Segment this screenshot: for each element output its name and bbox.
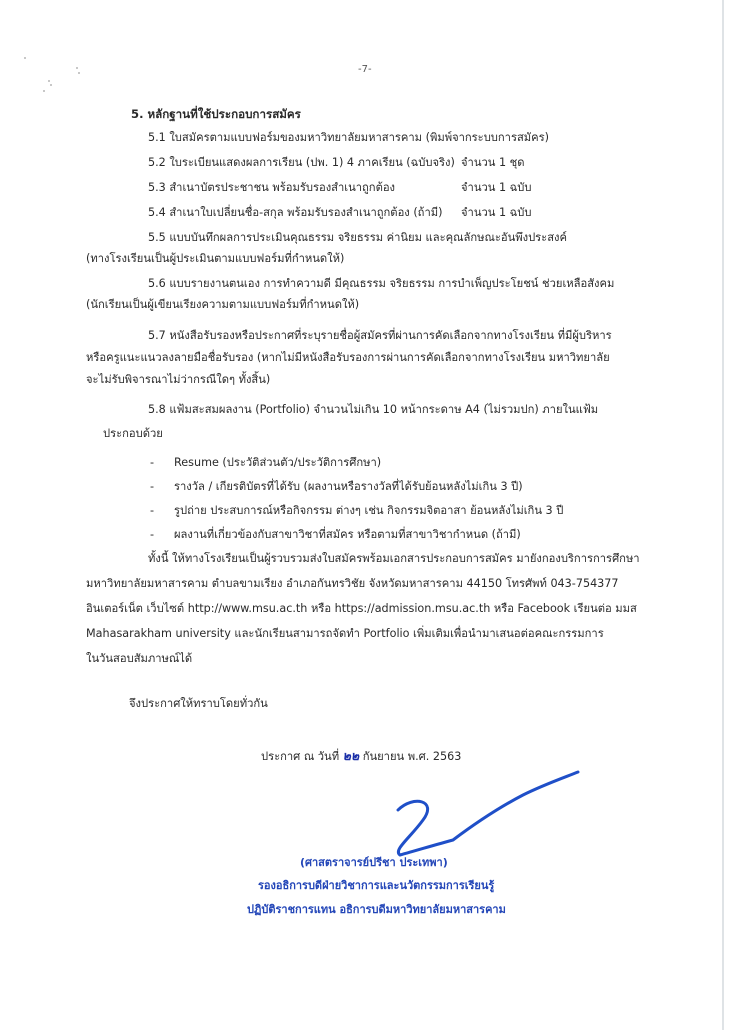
item-5-8-cont: ประกอบด้วย — [103, 427, 163, 441]
item-5-6-cont: (นักเรียนเป็นผู้เขียนเรียงความตามแบบฟอร์… — [86, 298, 359, 312]
portfolio-bullet-works: ผลงานที่เกี่ยวข้องกับสาขาวิชาที่สมัคร หร… — [174, 528, 521, 542]
item-5-2-qty: จำนวน 1 ชุด — [461, 156, 525, 170]
submission-line-3: อินเตอร์เน็ต เว็บไซต์ http://www.msu.ac.… — [86, 602, 637, 616]
item-5-4-qty: จำนวน 1 ฉบับ — [461, 206, 531, 220]
bullet-mark: - — [150, 456, 154, 470]
section-heading: 5. หลักฐานที่ใช้ประกอบการสมัคร — [131, 107, 301, 121]
submission-line-5: ในวันสอบสัมภาษณ์ได้ — [86, 652, 192, 666]
closing-statement: จึงประกาศให้ทราบโดยทั่วกัน — [129, 697, 268, 711]
submission-line-2: มหาวิทยาลัยมหาสารคาม ตำบลขามเรียง อำเภอก… — [86, 577, 619, 591]
announce-date-month-year: กันยายน พ.ศ. 2563 — [363, 750, 462, 763]
submission-line-4: Mahasarakham university และนักเรียนสามาร… — [86, 627, 604, 641]
item-5-5-cont: (ทางโรงเรียนเป็นผู้ประเมินตามแบบฟอร์มที่… — [86, 252, 344, 266]
page-number: -7- — [358, 63, 372, 77]
signature-icon — [338, 770, 588, 870]
signer-title-1: รองอธิการบดีฝ่ายวิชาการและนวัตกรรมการเรี… — [258, 879, 494, 893]
item-5-7: 5.7 หนังสือรับรองหรือประกาศที่ระบุรายชื่… — [148, 329, 612, 343]
item-5-3: 5.3 สำเนาบัตรประชาชน พร้อมรับรองสำเนาถูก… — [148, 181, 395, 195]
item-5-4: 5.4 สำเนาใบเปลี่ยนชื่อ-สกุล พร้อมรับรองส… — [148, 206, 442, 220]
portfolio-bullet-photos: รูปถ่าย ประสบการณ์หรือกิจกรรม ต่างๆ เช่น… — [174, 504, 563, 518]
item-5-8: 5.8 แฟ้มสะสมผลงาน (Portfolio) จำนวนไม่เก… — [148, 403, 598, 417]
item-5-7-cont1: หรือครูแนะแนวลงลายมือชื่อรับรอง (หากไม่ม… — [86, 351, 610, 365]
item-5-7-cont2: จะไม่รับพิจารณาไม่ว่ากรณีใดๆ ทั้งสิ้น) — [86, 373, 270, 387]
item-5-5: 5.5 แบบบันทึกผลการประเมินคุณธรรม จริยธรร… — [148, 231, 567, 245]
portfolio-bullet-resume: Resume (ประวัติส่วนตัว/ประวัติการศึกษา) — [174, 456, 381, 470]
bullet-mark: - — [150, 480, 154, 494]
announce-date-prefix: ประกาศ ณ วันที่ — [261, 750, 339, 763]
item-5-3-qty: จำนวน 1 ฉบับ — [461, 181, 531, 195]
scan-edge-line — [722, 0, 724, 1030]
item-5-1: 5.1 ใบสมัครตามแบบฟอร์มของมหาวิทยาลัยมหาส… — [148, 131, 549, 145]
handwritten-day: ๒๒ — [343, 748, 359, 763]
document-page: -7- 5. หลักฐานที่ใช้ประกอบการสมัคร 5.1 ใ… — [0, 0, 729, 1030]
bullet-mark: - — [150, 504, 154, 518]
signer-title-2: ปฏิบัติราชการแทน อธิการบดีมหาวิทยาลัยมหา… — [247, 903, 506, 917]
submission-line-1: ทั้งนี้ ให้ทางโรงเรียนเป็นผู้รวบรวมส่งใบ… — [148, 552, 640, 566]
bullet-mark: - — [150, 528, 154, 542]
item-5-6: 5.6 แบบรายงานตนเอง การทำความดี มีคุณธรรม… — [148, 277, 614, 291]
item-5-2: 5.2 ใบระเบียนแสดงผลการเรียน (ปพ. 1) 4 ภา… — [148, 156, 455, 170]
signer-name: (ศาสตราจารย์ปรีชา ประเทพา) — [300, 856, 448, 870]
scan-noise — [20, 55, 90, 95]
portfolio-bullet-awards: รางวัล / เกียรติบัตรที่ได้รับ (ผลงานหรือ… — [174, 480, 523, 494]
announce-date: ประกาศ ณ วันที่ ๒๒ กันยายน พ.ศ. 2563 — [261, 749, 461, 764]
